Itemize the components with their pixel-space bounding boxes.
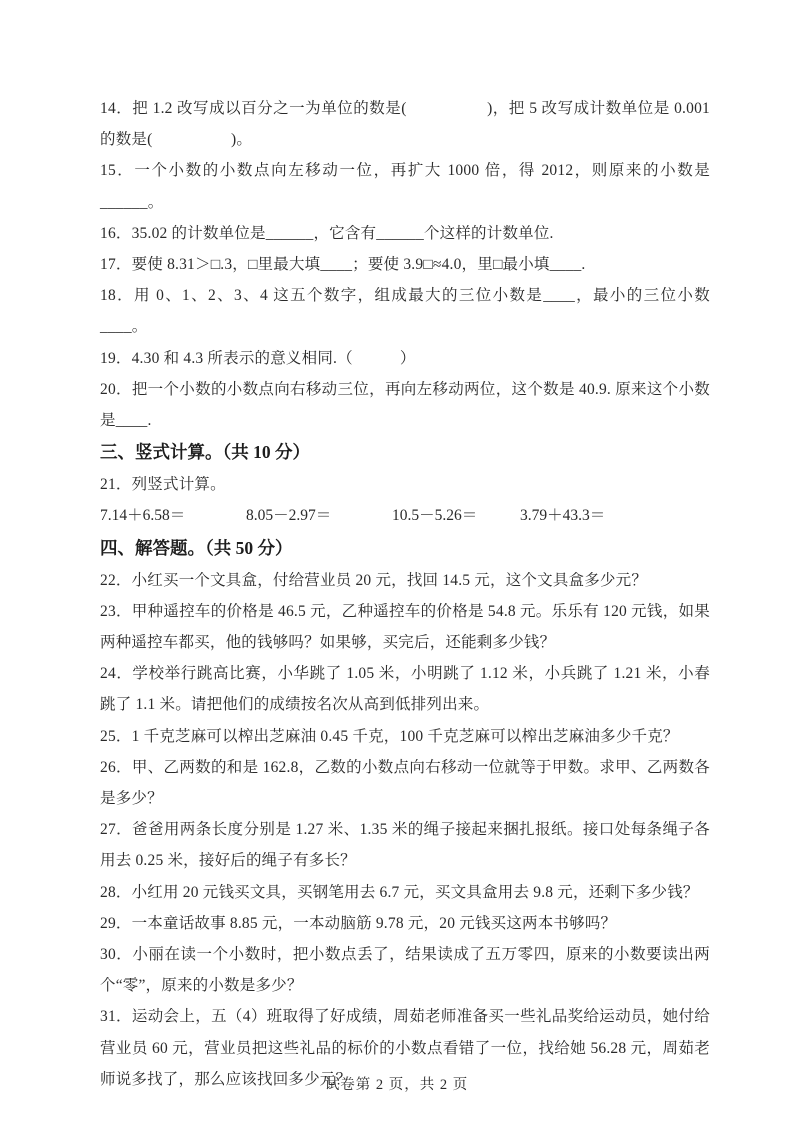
question-26: 26．甲、乙两数的和是 162.8，乙数的小数点向右移动一位就等于甲数。求甲、乙… (100, 752, 710, 814)
question-28: 28．小红用 20 元钱买文具，买钢笔用去 6.7 元，买文具盒用去 9.8 元… (100, 877, 710, 908)
question-25: 25．1 千克芝麻可以榨出芝麻油 0.45 千克，100 千克芝麻可以榨出芝麻油… (100, 721, 710, 752)
question-23: 23．甲种遥控车的价格是 46.5 元，乙种遥控车的价格是 54.8 元。乐乐有… (100, 596, 710, 658)
question-18: 18．用 0、1、2、3、4 这五个数字，组成最大的三位小数是____，最小的三… (100, 280, 710, 342)
question-29: 29．一本童话故事 8.85 元，一本动脑筋 9.78 元，20 元钱买这两本书… (100, 908, 710, 939)
section-4-heading: 四、解答题。（共 50 分） (100, 532, 710, 565)
question-15: 15．一个小数的小数点向左移动一位，再扩大 1000 倍，得 2012，则原来的… (100, 155, 710, 217)
question-24: 24．学校举行跳高比赛，小华跳了 1.05 米，小明跳了 1.12 米，小兵跳了… (100, 658, 710, 720)
expression-3: 10.5－5.26＝ (392, 500, 520, 531)
section-3-heading: 三、竖式计算。（共 10 分） (100, 436, 710, 469)
question-19: 19．4.30 和 4.3 所表示的意义相同.（ ） (100, 343, 710, 374)
question-21-label: 21．列竖式计算。 (100, 469, 710, 500)
question-20: 20．把一个小数的小数点向右移动三位，再向左移动两位，这个数是 40.9. 原来… (100, 374, 710, 436)
question-27: 27．爸爸用两条长度分别是 1.27 米、1.35 米的绳子接起来捆扎报纸。接口… (100, 814, 710, 876)
question-14: 14．把 1.2 改写成以百分之一为单位的数是( )，把 5 改写成计数单位是 … (100, 93, 710, 155)
vertical-calculation-row: 7.14＋6.58＝ 8.05－2.97＝ 10.5－5.26＝ 3.79＋43… (100, 500, 710, 531)
expression-4: 3.79＋43.3＝ (520, 500, 666, 531)
question-17: 17．要使 8.31＞□.3，□里最大填____；要使 3.9□≈4.0，里□最… (100, 249, 710, 280)
exam-content: 14．把 1.2 改写成以百分之一为单位的数是( )，把 5 改写成计数单位是 … (100, 93, 710, 1095)
question-30: 30．小丽在读一个小数时，把小数点丢了，结果读成了五万零四，原来的小数要读出两个… (100, 939, 710, 1001)
expression-2: 8.05－2.97＝ (246, 500, 392, 531)
exam-paper-page: 14．把 1.2 改写成以百分之一为单位的数是( )，把 5 改写成计数单位是 … (0, 0, 793, 1122)
question-22: 22．小红买一个文具盒，付给营业员 20 元，找回 14.5 元，这个文具盒多少… (100, 565, 710, 596)
expression-1: 7.14＋6.58＝ (100, 500, 246, 531)
page-footer: 试卷第 2 页，共 2 页 (0, 1073, 793, 1094)
question-16: 16．35.02 的计数单位是______，它含有______个这样的计数单位. (100, 218, 710, 249)
